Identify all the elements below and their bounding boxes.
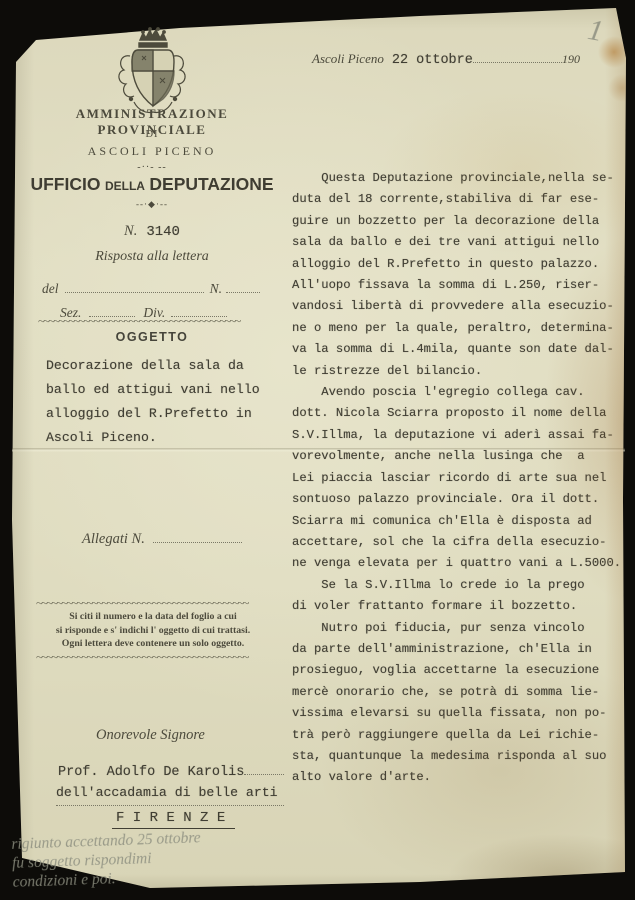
handwritten-note: rigiunto accettando 25 ottobrefu soggett…	[11, 825, 293, 892]
allegati-line: Allegati N.	[82, 526, 242, 548]
div-blank	[171, 300, 227, 317]
ornament-rule-top: -··- --	[34, 162, 270, 173]
photo-of-document: 1 Ascoli Piceno 22 ottobre 190	[0, 0, 635, 900]
date-typed-value: 22 ottobre	[392, 53, 473, 68]
wavy-divider: ~~~~~~~~~~~~~~~~~~~~~~~~~~~~~~~~~~~~~~~~	[38, 318, 268, 324]
office-word-deputazione: DEPUTAZIONE	[149, 174, 273, 194]
protocol-number-value: 3140	[146, 224, 180, 240]
letterhead-city: ASCOLI PICENO	[34, 144, 270, 159]
recipient-line2: dell'accadamia di belle arti	[56, 785, 278, 800]
footnote-wavy-top: ~~~~~~~~~~~~~~~~~~~~~~~~~~~~~~~~~~~~~~~~…	[36, 600, 270, 606]
del-n-line: del N.	[42, 276, 260, 297]
protocol-number-line: N. 3140	[34, 222, 270, 240]
letterhead-di: DI	[34, 129, 270, 140]
ornament-rule-bottom: --·◆·--	[34, 199, 270, 210]
footnote-box: ~~~~~~~~~~~~~~~~~~~~~~~~~~~~~~~~~~~~~~~~…	[36, 600, 270, 660]
allegati-blank	[153, 526, 242, 543]
footnote-wavy-bottom: ~~~~~~~~~~~~~~~~~~~~~~~~~~~~~~~~~~~~~~~~…	[36, 654, 270, 660]
footnote-text: Si citi il numero e la data del foglio a…	[36, 606, 270, 654]
reply-to-letter-label: Risposta alla lettera	[34, 249, 270, 265]
recipient-city: F I R E N Z E	[112, 810, 235, 829]
recipient-line2-wrap: dell'accadamia di belle arti	[56, 783, 284, 806]
date-place-label: Ascoli Piceno	[312, 51, 384, 67]
sez-blank	[89, 300, 135, 317]
del-label: del	[42, 281, 59, 297]
office-word-ufficio: UFFICIO	[30, 174, 100, 194]
recipient-name: Prof. Adolfo De Karolis	[58, 765, 244, 780]
office-word-della: DELLA	[105, 179, 145, 193]
letter-body: Questa Deputazione provinciale,nella se-…	[292, 168, 630, 789]
allegati-label: Allegati N.	[82, 531, 145, 548]
year-prefix: 190	[562, 52, 580, 67]
oggetto-title: OGGETTO	[34, 330, 270, 344]
del-blank	[65, 276, 204, 293]
recipient-name-line: Prof. Adolfo De Karolis	[58, 758, 284, 780]
n-label: N.	[210, 281, 222, 297]
protocol-number-label: N.	[124, 223, 137, 239]
date-line: Ascoli Piceno 22 ottobre 190	[312, 46, 580, 68]
office-title: UFFICIO DELLA DEPUTAZIONE	[24, 174, 280, 195]
n-blank	[226, 276, 260, 293]
recipient-name-rule	[244, 758, 284, 775]
oggetto-text: Decorazione della sala daballo ed attigu…	[46, 354, 274, 450]
date-fill-rule	[473, 46, 562, 63]
recipient-salutation: Onorevole Signore	[96, 727, 205, 744]
